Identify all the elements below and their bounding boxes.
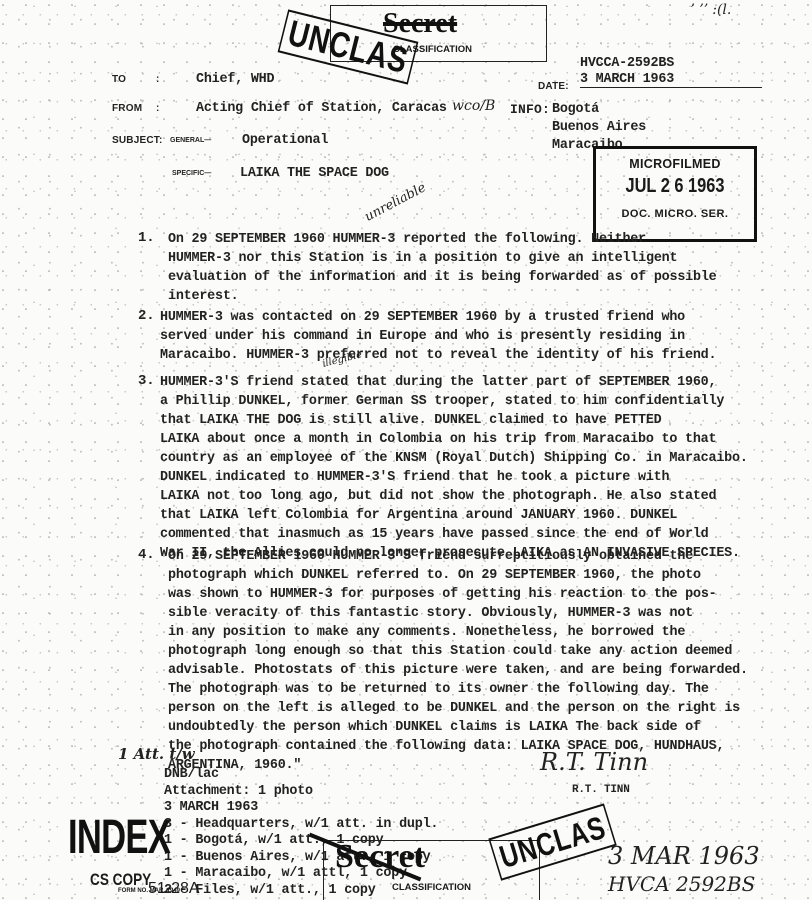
- microfilmed-series: DOC. MICRO. SER.: [596, 208, 754, 220]
- paragraph-4: On 29 SEPTEMBER 1960 HUMMER-3'S friend s…: [168, 547, 798, 775]
- cs-copy-stamp: CS COPY: [90, 870, 151, 890]
- signature-handwritten: R.T. Tinn: [540, 748, 648, 776]
- paragraph-line: commented that inasmuch as 15 years have…: [160, 525, 790, 544]
- microfilmed-date: JUL 2 6 1963: [610, 175, 740, 198]
- paragraph-line: was shown to HUMMER-3 for purposes of ge…: [168, 585, 798, 604]
- to-label: TO: [112, 74, 126, 85]
- microfilmed-text: MICROFILMED: [596, 157, 754, 171]
- form-number: 51-28A: [148, 880, 200, 898]
- paragraph-line: Maracaibo. HUMMER-3 preferred not to rev…: [160, 346, 790, 365]
- paragraph-1-number: 1.: [138, 230, 154, 246]
- paragraph-3: HUMMER-3'S friend stated that during the…: [160, 373, 790, 563]
- subject-label: SUBJECT:: [112, 135, 163, 146]
- paragraph-line: HUMMER-3'S friend stated that during the…: [160, 373, 790, 392]
- paragraph-line: sible veracity of this fantastic story. …: [168, 604, 798, 623]
- paragraph-line: photograph which DUNKEL referred to. On …: [168, 566, 798, 585]
- paragraph-line: HUMMER-3 nor this Station is in a positi…: [168, 249, 798, 268]
- paragraph-4-number: 4.: [138, 547, 154, 563]
- specific-label: SPECIFIC—: [172, 170, 211, 177]
- paragraph-line: LAIKA not too long ago, but did not show…: [160, 487, 790, 506]
- paragraph-line: LAIKA about once a month in Colombia on …: [160, 430, 790, 449]
- paragraph-2-number: 2.: [138, 308, 154, 324]
- date-label: DATE:: [538, 81, 569, 92]
- info-item: Bogotá: [552, 101, 646, 119]
- paragraph-line: served under his command in Europe and w…: [160, 327, 790, 346]
- paragraph-1: On 29 SEPTEMBER 1960 HUMMER-3 reported t…: [168, 230, 798, 306]
- to-value: Chief, WHD: [196, 72, 274, 87]
- unclas-stamp-bottom: UNCLAS: [488, 803, 617, 881]
- handwritten-attachment-note: 1 Att. t/w: [118, 745, 195, 763]
- paragraph-line: that LAIKA THE DOG is still alive. DUNKE…: [160, 411, 790, 430]
- signature-typed: R.T. TINN: [572, 784, 630, 796]
- handwritten-date: 3 MAR 1963: [608, 842, 760, 870]
- info-item: Buenos Aires: [552, 119, 646, 137]
- paragraph-line: DUNKEL indicated to HUMMER-3'S friend th…: [160, 468, 790, 487]
- paragraph-line: country as an employee of the KNSM (Roya…: [160, 449, 790, 468]
- paragraph-line: undoubtedly the person which DUNKEL clai…: [168, 718, 798, 737]
- paragraph-3-number: 3.: [138, 373, 154, 389]
- footer-initials: DNB/lac: [164, 767, 438, 784]
- classification-secret-bottom: Secret: [335, 838, 425, 876]
- paragraph-line: photograph long enough so that this Stat…: [168, 642, 798, 661]
- paragraph-line: in any position to make any comments. No…: [168, 623, 798, 642]
- footer-date: 3 MARCH 1963: [164, 800, 438, 817]
- specific-value: LAIKA THE SPACE DOG: [240, 166, 389, 181]
- classification-caption-bottom: CLASSIFICATION: [392, 882, 471, 893]
- doc-number: HVCCA-2592BS: [580, 56, 674, 71]
- paragraph-line: HUMMER-3 was contacted on 29 SEPTEMBER 1…: [160, 308, 790, 327]
- distribution-item: 3 - Headquarters, w/1 att. in dupl.: [164, 817, 438, 834]
- from-value: Acting Chief of Station, Caracas: [196, 101, 447, 116]
- from-label: FROM: [112, 103, 142, 114]
- paragraph-line: a Phillip DUNKEL, former German SS troop…: [160, 392, 790, 411]
- paragraph-line: interest.: [168, 287, 798, 306]
- paragraph-line: The photograph was to be returned to its…: [168, 680, 798, 699]
- microfilmed-stamp: MICROFILMED JUL 2 6 1963 DOC. MICRO. SER…: [593, 146, 757, 242]
- paragraph-line: person on the left is alleged to be DUNK…: [168, 699, 798, 718]
- paragraph-2: HUMMER-3 was contacted on 29 SEPTEMBER 1…: [160, 308, 790, 365]
- footer-attachment: Attachment: 1 photo: [164, 784, 438, 801]
- from-handwritten-note: wco/B: [452, 98, 495, 114]
- info-label: INFO:: [510, 102, 550, 117]
- paragraph-line: that LAIKA left Colombia for Argentina a…: [160, 506, 790, 525]
- corner-marks: ʼ ʼʼ :(l.: [690, 2, 731, 18]
- general-label: GENERAL—: [170, 137, 211, 144]
- paragraph-line: On 29 SEPTEMBER 1960 HUMMER-3'S friend s…: [168, 547, 798, 566]
- paragraph-line: On 29 SEPTEMBER 1960 HUMMER-3 reported t…: [168, 230, 798, 249]
- handwritten-annotation-unreliable: unreliable: [362, 180, 428, 225]
- date-value: 3 MARCH 1963: [580, 72, 762, 88]
- handwritten-reference: HVCA 2592BS: [608, 872, 755, 896]
- index-stamp: INDEX: [68, 813, 170, 863]
- paragraph-line: the photograph contained the following d…: [168, 737, 798, 756]
- paragraph-line: advisable. Photostats of this picture we…: [168, 661, 798, 680]
- to-colon: :: [156, 74, 160, 85]
- general-value: Operational: [242, 133, 328, 148]
- from-colon: :: [156, 103, 160, 114]
- paragraph-line: evaluation of the information and it is …: [168, 268, 798, 287]
